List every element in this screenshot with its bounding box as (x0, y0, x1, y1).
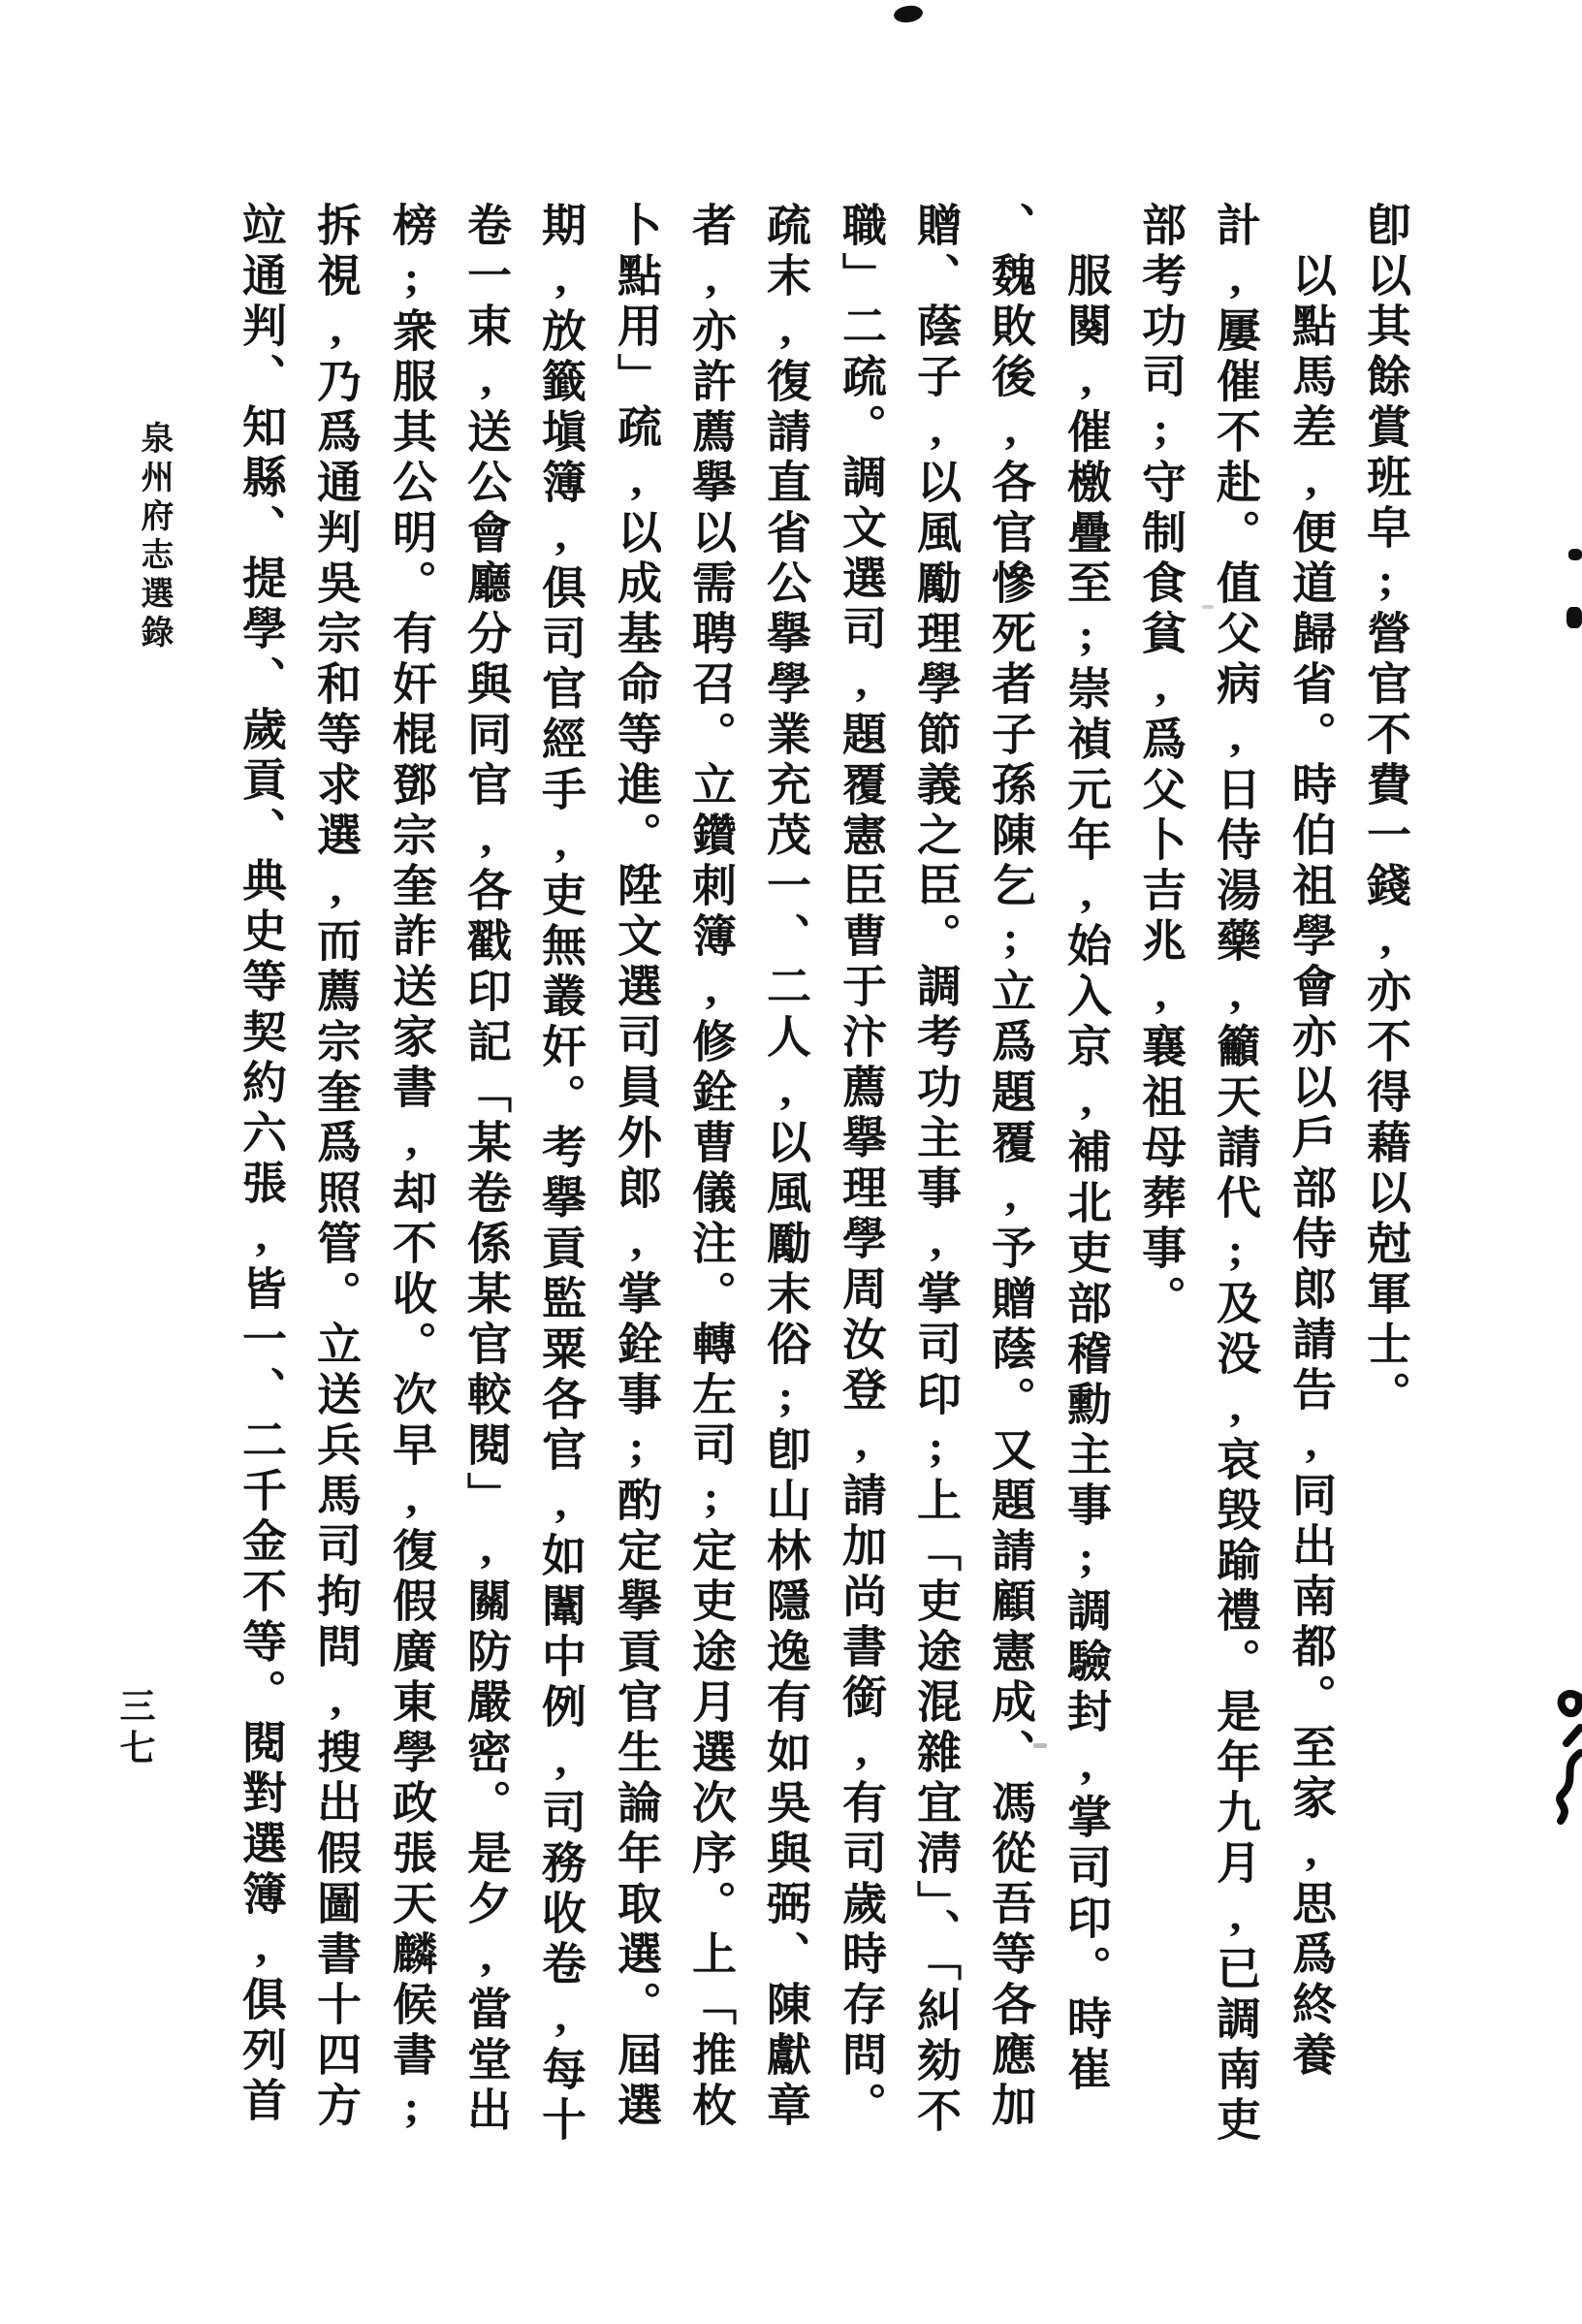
text-column-4: 部考功司;守制食貧,爲父卜吉兆,襄祖母葬事。 (1134, 202, 1186, 2218)
ink-speck (1202, 605, 1214, 609)
text-column-15: 拆視,乃爲通判吳宗和等求選,而薦宗奎爲照管。立送兵馬司拘問,搜出假圖書十四方 (309, 202, 362, 2218)
text-column-9: 疏末,復請直省公擧學業充茂一、二人,以風勵末俗;卽山林隱逸有如吳與弼、陳獻章 (759, 202, 811, 2218)
text-column-3: 計,屢催不赴。值父病,日侍湯藥,籲天請代;及没,哀毁踰禮。是年九月,已調南吏 (1209, 202, 1261, 2218)
text-column-10: 者,亦許薦擧以需聘召。立鑽刺簿,修銓曹儀注。轉左司;定吏途月選次序。上「推枚 (684, 202, 737, 2218)
text-column-16: 竝通判、知縣、提學、歲貢、典史等契約六張,皆一、二千金不等。閱對選簿,俱列首 (235, 202, 287, 2218)
text-column-7: 贈、蔭子,以風勵理學節義之臣。調考功主事,掌司印;上「吏途混雜宜淸」、「糾劾不 (909, 202, 962, 2218)
text-column-2: 以點馬差,便道歸省。時伯祖學會亦以戶部侍郎請告,同出南都。至家,思爲終養 (1284, 202, 1337, 2269)
text-column-6: 、魏敗後,各官慘死者子孫陳乞;立爲題覆,予贈蔭。又題請顧憲成、馮從吾等各應加 (984, 202, 1036, 2218)
text-column-1: 卽以其餘賞班皁;營官不費一錢,亦不得藉以尅軍士。 (1359, 202, 1411, 2218)
ink-speck (1566, 607, 1582, 628)
scanned-book-page: 泉州府志選錄 三七 卽以其餘賞班皁;營官不費一錢,亦不得藉以尅軍士。 以點馬差,… (0, 0, 1582, 2324)
page-number: 三七 (111, 1687, 155, 1774)
text-column-11: 卜點用」疏,以成基命等進。陞文選司員外郎,掌銓事;酌定擧貢官生論年取選。屆選 (610, 202, 662, 2218)
ink-speck (893, 4, 924, 24)
text-column-8: 職」二疏。調文選司,題覆憲臣曹于汴薦擧理學周汝登,請加尚書銜,有司歲時存問。 (835, 202, 887, 2218)
book-title: 泉州府志選錄 (132, 421, 174, 673)
ink-speck (1568, 549, 1582, 560)
text-column-13: 卷一束,送公會廳分與同官,各戳印記「某卷係某官較閱」,關防嚴密。是夕,當堂出 (459, 202, 512, 2218)
text-column-14: 榜;衆服其公明。有奸棍鄧宗奎詐送家書,却不收。次早,復假廣東學政張天麟候書; (385, 202, 437, 2218)
handwritten-margin-note (1549, 1685, 1582, 1831)
text-column-12: 期,放籤塡簿,俱司官經手,吏無叢奸。考擧貢監粟各官,如闈中例,司務收卷,每十 (534, 202, 586, 2218)
ink-speck (1033, 1743, 1047, 1748)
text-column-5: 服闋,催檄疊至;崇禎元年,始入京,補北吏部稽勳主事;調驗封,掌司印。時崔 (1060, 202, 1112, 2269)
